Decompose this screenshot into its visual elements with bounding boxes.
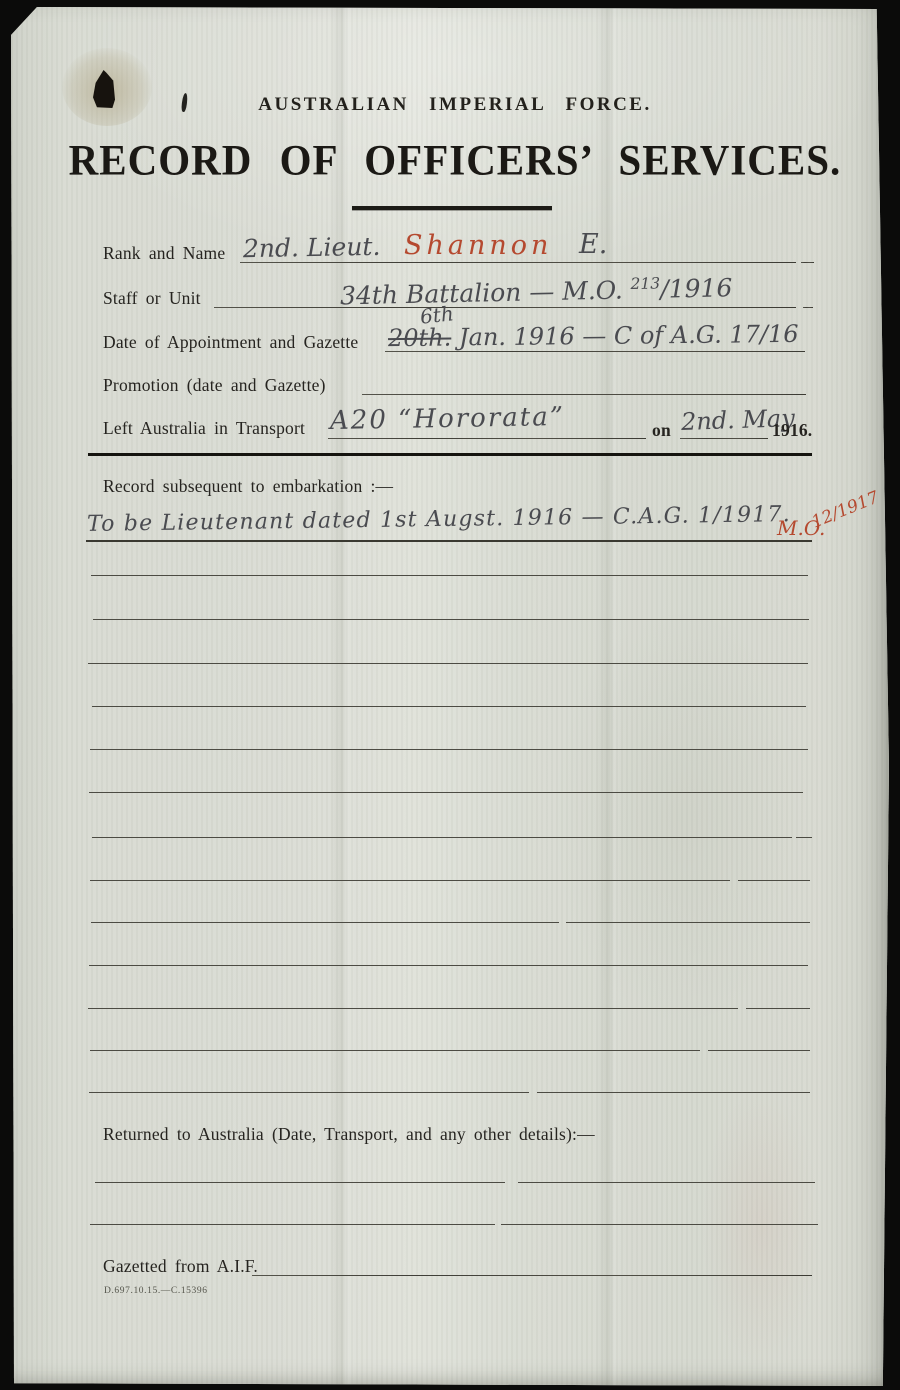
transport-on-label: on	[652, 420, 671, 441]
unit-ref-den: /1916	[660, 273, 733, 304]
returned-line-2a	[90, 1224, 495, 1225]
transport-date-line	[680, 438, 768, 439]
blank-line-dash	[738, 880, 810, 881]
blank-line-dash	[796, 837, 812, 838]
promotion-label: Promotion (date and Gazette)	[103, 375, 326, 396]
rank-value: 2nd. Lieut.	[243, 232, 381, 263]
blank-line	[91, 922, 559, 923]
surname-value: Shannon	[404, 230, 552, 261]
blank-line-dash	[746, 1008, 810, 1009]
record-entry-line	[86, 540, 812, 542]
transport-label: Left Australia in Transport	[103, 418, 305, 439]
blank-line	[93, 619, 809, 620]
blank-line	[88, 1008, 738, 1009]
transport-year: 1916.	[772, 420, 812, 441]
blank-line	[88, 663, 808, 664]
staff-unit-line	[214, 307, 796, 308]
rank-name-line-dash	[801, 262, 814, 263]
paper-stain	[551, 607, 811, 1027]
blank-line	[89, 1092, 529, 1093]
blank-line	[92, 706, 806, 707]
blank-line	[91, 575, 808, 576]
blank-line	[89, 792, 803, 793]
returned-line-1a	[95, 1182, 505, 1183]
unit-ref-num: 213	[630, 274, 660, 293]
gazetted-line	[252, 1275, 812, 1276]
section-divider	[88, 453, 812, 456]
scanned-document: AUSTRALIAN IMPERIAL FORCE. RECORD OF OFF…	[0, 0, 900, 1390]
returned-line-1b	[518, 1182, 815, 1183]
transport-line	[328, 438, 646, 439]
paper-stain	[701, 1087, 821, 1367]
paper-sheet	[11, 7, 889, 1386]
blank-line	[90, 749, 808, 750]
blank-line	[90, 1050, 700, 1051]
blank-line	[92, 837, 792, 838]
blank-line	[89, 965, 808, 966]
initial-value: E.	[579, 229, 607, 260]
appointment-label: Date of Appointment and Gazette	[103, 332, 358, 353]
blank-line-dash	[537, 1092, 810, 1093]
paper-crease	[329, 7, 355, 1386]
rank-name-label: Rank and Name	[103, 243, 225, 264]
record-label: Record subsequent to embarkation :—	[103, 476, 393, 497]
appointment-value: 20th. Jan. 1916 — C of A.G. 17/16	[388, 320, 799, 352]
staff-unit-line-dash	[803, 307, 813, 308]
transport-ship: A20 “Hororata”	[330, 402, 565, 436]
blank-line	[90, 880, 730, 881]
paper-crease	[596, 7, 622, 1386]
title-rule	[352, 206, 552, 210]
promotion-line	[362, 394, 806, 395]
appointment-struck-date: 20th.	[388, 323, 452, 352]
unit-text: 34th Battalion — M.O.	[340, 276, 623, 311]
printer-code: D.697.10.15.—C.15396	[104, 1286, 208, 1296]
rank-name-line	[240, 262, 796, 263]
returned-line-2b	[501, 1224, 818, 1225]
returned-label: Returned to Australia (Date, Transport, …	[103, 1124, 595, 1145]
gazetted-label: Gazetted from A.I.F.	[103, 1256, 258, 1277]
appointment-text: Jan. 1916 — C of A.G. 17/16	[459, 320, 799, 352]
page-title: RECORD OF OFFICERS’ SERVICES.	[16, 135, 894, 185]
blank-line-dash	[566, 922, 810, 923]
form-header: AUSTRALIAN IMPERIAL FORCE.	[16, 94, 894, 116]
blank-line-dash	[708, 1050, 810, 1051]
staff-unit-label: Staff or Unit	[103, 288, 201, 309]
